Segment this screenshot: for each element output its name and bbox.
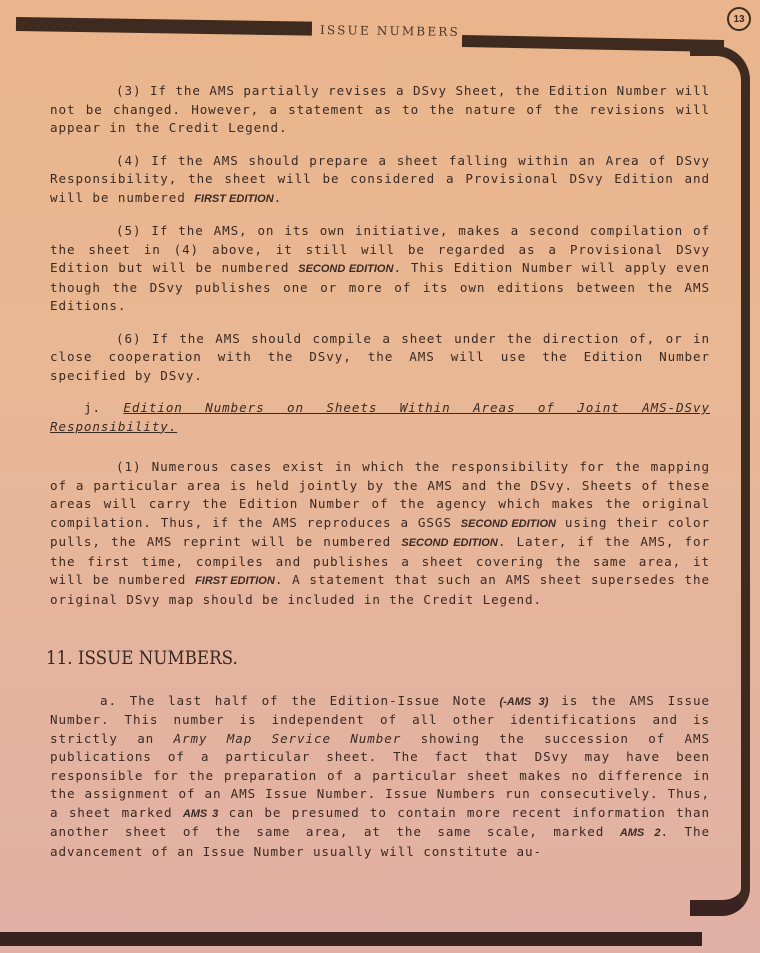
- subsection-j-heading: j. Edition Numbers on Sheets Within Area…: [50, 399, 710, 436]
- issue-note-label: (-AMS 3): [499, 696, 548, 708]
- page-number-badge: 13: [727, 7, 751, 31]
- edition-label: SECOND EDITION: [461, 518, 556, 530]
- header-rule-right: [462, 35, 724, 52]
- issue-label: AMS 2: [620, 827, 661, 839]
- subsection-j-title: Edition Numbers on Sheets Within Areas o…: [50, 400, 710, 434]
- paragraph-3: (3) If the AMS partially revises a DSvy …: [50, 82, 710, 138]
- edition-label: FIRST EDITION: [195, 575, 275, 587]
- edition-label: SECOND EDITION: [298, 263, 393, 275]
- edition-label: FIRST EDITION: [194, 193, 273, 205]
- issue-label: AMS 3: [183, 808, 218, 820]
- section-11-heading: 11. ISSUE NUMBERS.: [46, 649, 630, 668]
- paragraph-5: (5) If the AMS, on its own initiative, m…: [50, 222, 710, 316]
- paragraph-4: (4) If the AMS should prepare a sheet fa…: [50, 152, 710, 209]
- running-header: ISSUE NUMBERS: [320, 23, 460, 39]
- edition-label: SECOND EDITION: [401, 537, 497, 549]
- header-rule-left: [16, 17, 312, 36]
- paragraph-6: (6) If the AMS should compile a sheet un…: [50, 330, 710, 386]
- paragraph-11a: a. The last half of the Edition-Issue No…: [50, 692, 710, 862]
- footer-rule: [0, 932, 702, 946]
- army-map-service-number-term: Army Map Service Number: [174, 731, 402, 746]
- page-body: (3) If the AMS partially revises a DSvy …: [50, 82, 710, 875]
- paragraph-j1: (1) Numerous cases exist in which the re…: [50, 458, 710, 609]
